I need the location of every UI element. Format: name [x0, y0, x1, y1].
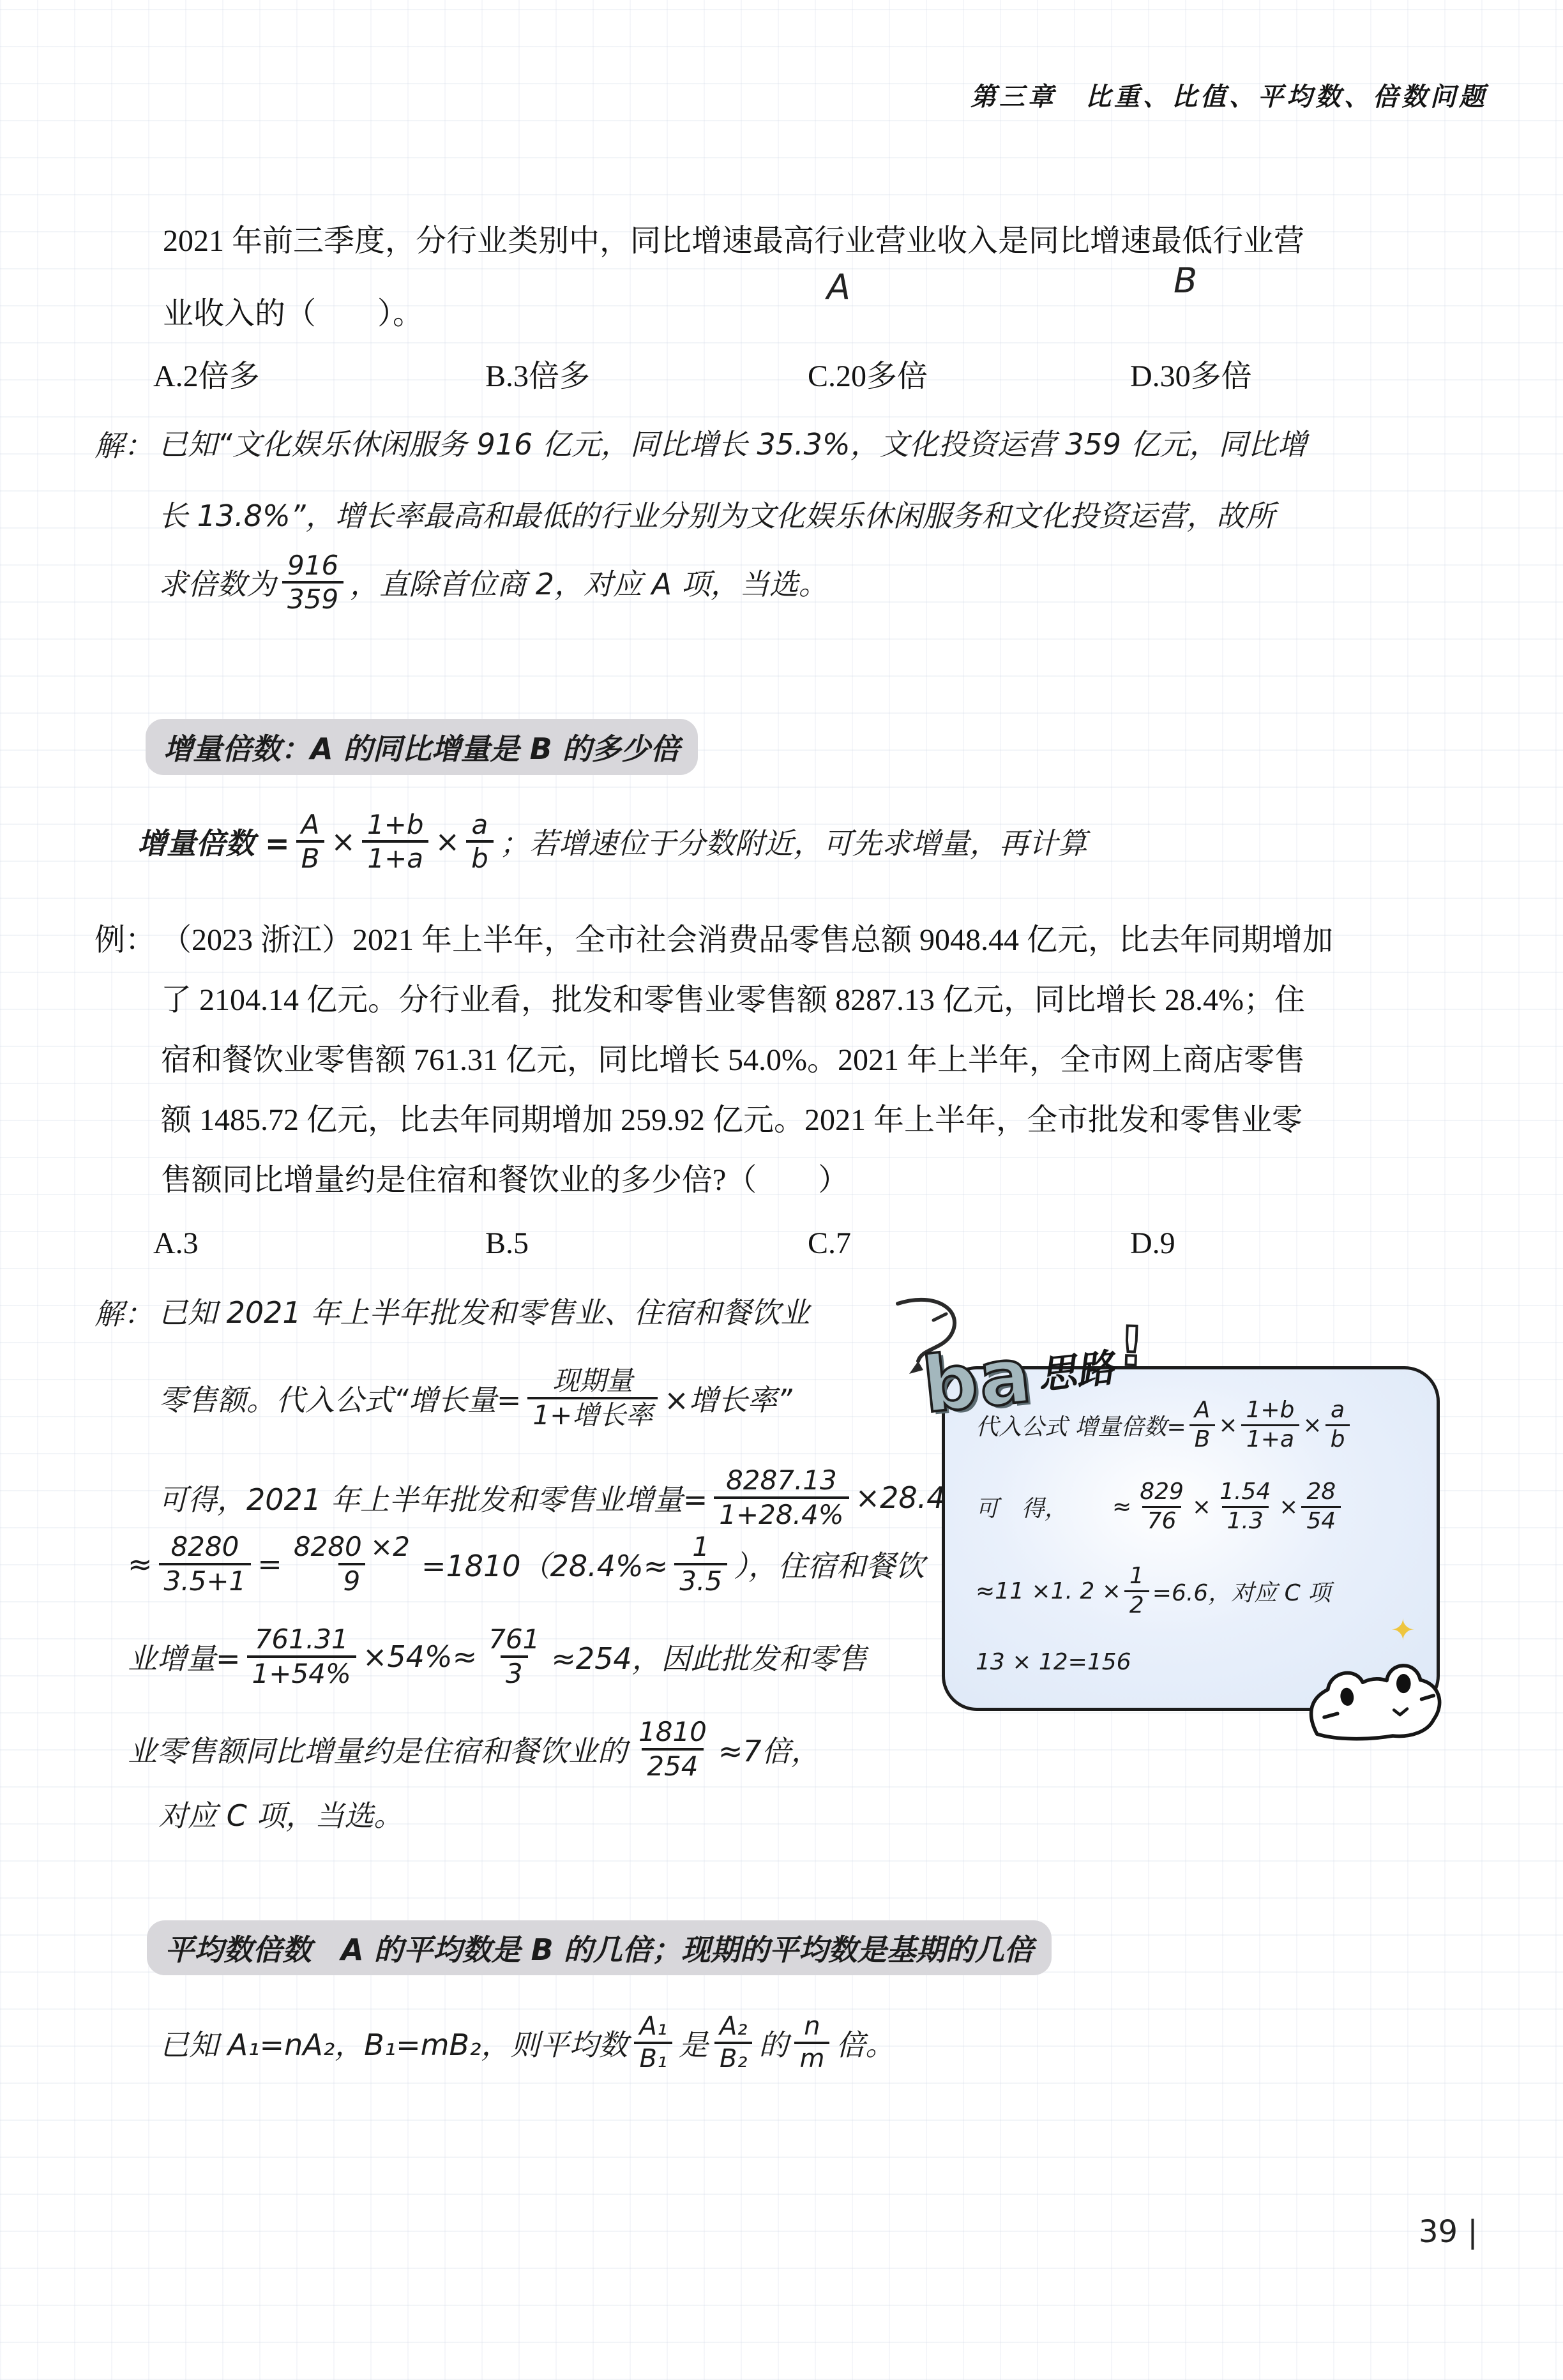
solution2-line5-pre: 业增量= [128, 1636, 241, 1678]
solution1-line3-post: ，直除首位商 2，对应 A 项，当选。 [350, 561, 828, 603]
solution2-line2-post: ×增长率” [664, 1377, 792, 1419]
fraction-916-359: 916 359 [282, 550, 344, 615]
solution2-line1: 已知 2021 年上半年批发和零售业、住宿和餐饮业 [158, 1290, 810, 1332]
solution2-line6-post: ≈7倍， [718, 1728, 820, 1770]
times-sign: × [1192, 1494, 1211, 1520]
fraction-28-54: 28 54 [1301, 1479, 1341, 1535]
logo-letters: ba [919, 1341, 1035, 1420]
concept2-suffix: 倍。 [836, 2022, 895, 2064]
concept2-mid2: 的 [759, 2022, 788, 2064]
example-option-b: B.5 [485, 1226, 529, 1261]
solution2-line2-pre: 零售额。代入公式“增长量= [158, 1377, 521, 1419]
solution1-line3: 求倍数为 916 359 ，直除首位商 2，对应 A 项，当选。 [158, 538, 828, 627]
solution2-line3-pre: 可得，2021 年上半年批发和零售业增量= [158, 1477, 707, 1519]
solution2-line5-post: ≈254，因此批发和零售 [551, 1636, 866, 1678]
concept2-highlight: 平均数倍数 A 的平均数是 B 的几倍；现期的平均数是基期的几倍 [147, 1920, 1052, 1975]
fraction-761: 761.31 1+54% [247, 1623, 356, 1689]
ideabox-line4: 13 × 12=156 [976, 1630, 1131, 1694]
solution2-line6-pre: 业零售额同比增量约是住宿和餐饮业的 [128, 1728, 627, 1770]
question1-option-b: B.3倍多 [485, 351, 590, 395]
logo-siluo-text: 思路 [1035, 1337, 1117, 1400]
solution2-line6: 业零售额同比增量约是住宿和餐饮业的 1810 254 ≈7倍， [128, 1699, 820, 1798]
times-sign: × [1302, 1412, 1322, 1438]
textbook-page: 第三章 比重、比值、平均数、倍数问题 2021 年前三季度，分行业类别中，同比增… [0, 0, 1563, 2380]
logo-exclamation: ! [1118, 1314, 1145, 1378]
question1-option-d: D.30多倍 [1130, 351, 1252, 395]
example-label: 例： [94, 915, 156, 959]
ideabox-line3: ≈11 ×1. 2 × 1 2 =6.6，对应 C 项 [976, 1549, 1331, 1632]
chapter-header: 第三章 比重、比值、平均数、倍数问题 [970, 77, 1488, 113]
fraction-a-b: A B [1189, 1397, 1216, 1453]
fraction-1-2: 1 2 [1124, 1563, 1149, 1619]
equals-sign: = [257, 1547, 282, 1581]
concept1-formula-lhs: 增量倍数 = [137, 820, 290, 862]
solution1-line1: 已知“文化娱乐休闲服务 916 亿元，同比增长 35.3%，文化投资运营 359… [158, 421, 1307, 463]
example-line5: 售额同比增量约是住宿和餐饮业的多少倍?（ ） [161, 1155, 849, 1199]
fraction-a-over-b: A B [296, 809, 325, 874]
fraction-a-b-small: a b [1325, 1397, 1350, 1453]
solution1-label: 解： [94, 423, 153, 465]
example-line4: 额 1485.72 亿元，比去年同期增加 259.92 亿元。2021 年上半年… [161, 1095, 1302, 1139]
question1-line1: 2021 年前三季度，分行业类别中，同比增速最高行业营业收入是同比增速最低行业营 [163, 216, 1304, 260]
ideabox-line4-text: 13 × 12=156 [976, 1649, 1131, 1675]
example-line2: 了 2104.14 亿元。分行业看，批发和零售业零售额 8287.13 亿元，同… [161, 975, 1305, 1019]
concept1-highlight: 增量倍数：A 的同比增量是 B 的多少倍 [146, 719, 698, 775]
concept1-formula-note: ；若增速位于分数附近，可先求增量，再计算 [500, 820, 1087, 862]
solution2-line4-post: ），住宿和餐饮 [734, 1543, 925, 1585]
fraction-a-over-b-lower: a b [466, 809, 494, 874]
fraction-1-35: 1 3.5 [674, 1531, 727, 1596]
concept2-pre: 已知 A₁=nA₂，B₁=mB₂，则平均数 [160, 2022, 628, 2064]
solution2-line4: ≈ 8280 3.5+1 = 8280 ×2 9 =1810（28.4%≈ 1 … [128, 1514, 925, 1613]
times-sign: × [1279, 1494, 1298, 1520]
frog-doodle-icon [1302, 1644, 1449, 1746]
ideabox-line2: 可 得， ≈ 829 76 × 1.54 1.3 × 28 54 [976, 1465, 1344, 1548]
example-option-a: A.3 [153, 1226, 199, 1261]
concept2-mid1: 是 [679, 2022, 708, 2064]
solution2-line4-mid: =1810（28.4%≈ [421, 1543, 668, 1585]
example-line1: （2023 浙江）2021 年上半年，全市社会消费品零售总额 9048.44 亿… [161, 915, 1333, 959]
times-sign: × [331, 824, 356, 859]
approx-sign: ≈ [128, 1547, 153, 1581]
example-line3: 宿和餐饮业零售额 761.31 亿元，同比增长 54.0%。2021 年上半年，… [161, 1035, 1305, 1079]
fraction-n-m: n m [794, 2012, 829, 2074]
fraction-a2-b2: A₂ B₂ [714, 2012, 752, 2074]
times-sign: × [435, 824, 460, 859]
fraction-8280x2: 8280 ×2 9 [289, 1531, 415, 1596]
concept2-formula: 已知 A₁=nA₂，B₁=mB₂，则平均数 A₁ B₁ 是 A₂ B₂ 的 n … [160, 1993, 895, 2092]
fraction-761-3: 761 3 [483, 1623, 545, 1689]
ideabox-line3-post: =6.6，对应 C 项 [1152, 1575, 1331, 1608]
fraction-829-76: 829 76 [1135, 1479, 1189, 1535]
question1-option-c: C.20多倍 [808, 351, 928, 395]
solution1-line3-pre: 求倍数为 [158, 561, 276, 603]
fraction-154-13: 1.54 1.3 [1214, 1479, 1276, 1535]
handwritten-mark-b: B [1174, 260, 1197, 301]
example-option-d: D.9 [1130, 1226, 1175, 1261]
question1-option-a: A.2倍多 [153, 351, 260, 395]
fraction-1b-1a: 1+b 1+a [1241, 1397, 1299, 1453]
fraction-1b-over-1a: 1+b 1+a [362, 809, 429, 874]
fraction-a1-b1: A₁ B₁ [634, 2012, 672, 2074]
times-sign: × [1218, 1412, 1237, 1438]
handwritten-mark-a: A [827, 267, 850, 307]
fraction-8280: 8280 3.5+1 [159, 1531, 252, 1596]
fraction-1810-254: 1810 254 [633, 1716, 712, 1781]
approx-sign: ≈ [1112, 1494, 1131, 1520]
solution1-line2: 长 13.8%”，增长率最高和最低的行业分别为文化娱乐休闲服务和文化投资运营，故… [158, 493, 1275, 535]
fraction-growth-formula: 现期量 1+增长率 [527, 1365, 658, 1430]
sparkle-icon: ✦ [1391, 1613, 1416, 1647]
page-number: 39 | [1419, 2214, 1478, 2250]
solution2-line2: 零售额。代入公式“增长量= 现期量 1+增长率 ×增长率” [158, 1348, 792, 1447]
solution2-line5: 业增量= 761.31 1+54% ×54%≈ 761 3 ≈254，因此批发和… [128, 1607, 867, 1706]
concept1-formula: 增量倍数 = A B × 1+b 1+a × a b ；若增速位于分数附近，可先… [137, 790, 1087, 892]
question1-line2: 业收入的（ ）。 [163, 289, 423, 333]
ideabox-line3-pre: ≈11 ×1. 2 × [976, 1578, 1121, 1604]
ideabox-line2-label: 可 得， [976, 1491, 1068, 1523]
solution2-line7: 对应 C 项，当选。 [158, 1793, 403, 1835]
solution2-line5-mid: ×54%≈ [363, 1639, 477, 1674]
example-option-c: C.7 [808, 1226, 851, 1261]
solution2-label: 解： [94, 1291, 153, 1333]
concept1-title: 增量倍数：A 的同比增量是 B 的多少倍 [163, 726, 680, 768]
concept2-title: 平均数倍数 A 的平均数是 B 的几倍；现期的平均数是基期的几倍 [165, 1927, 1034, 1969]
